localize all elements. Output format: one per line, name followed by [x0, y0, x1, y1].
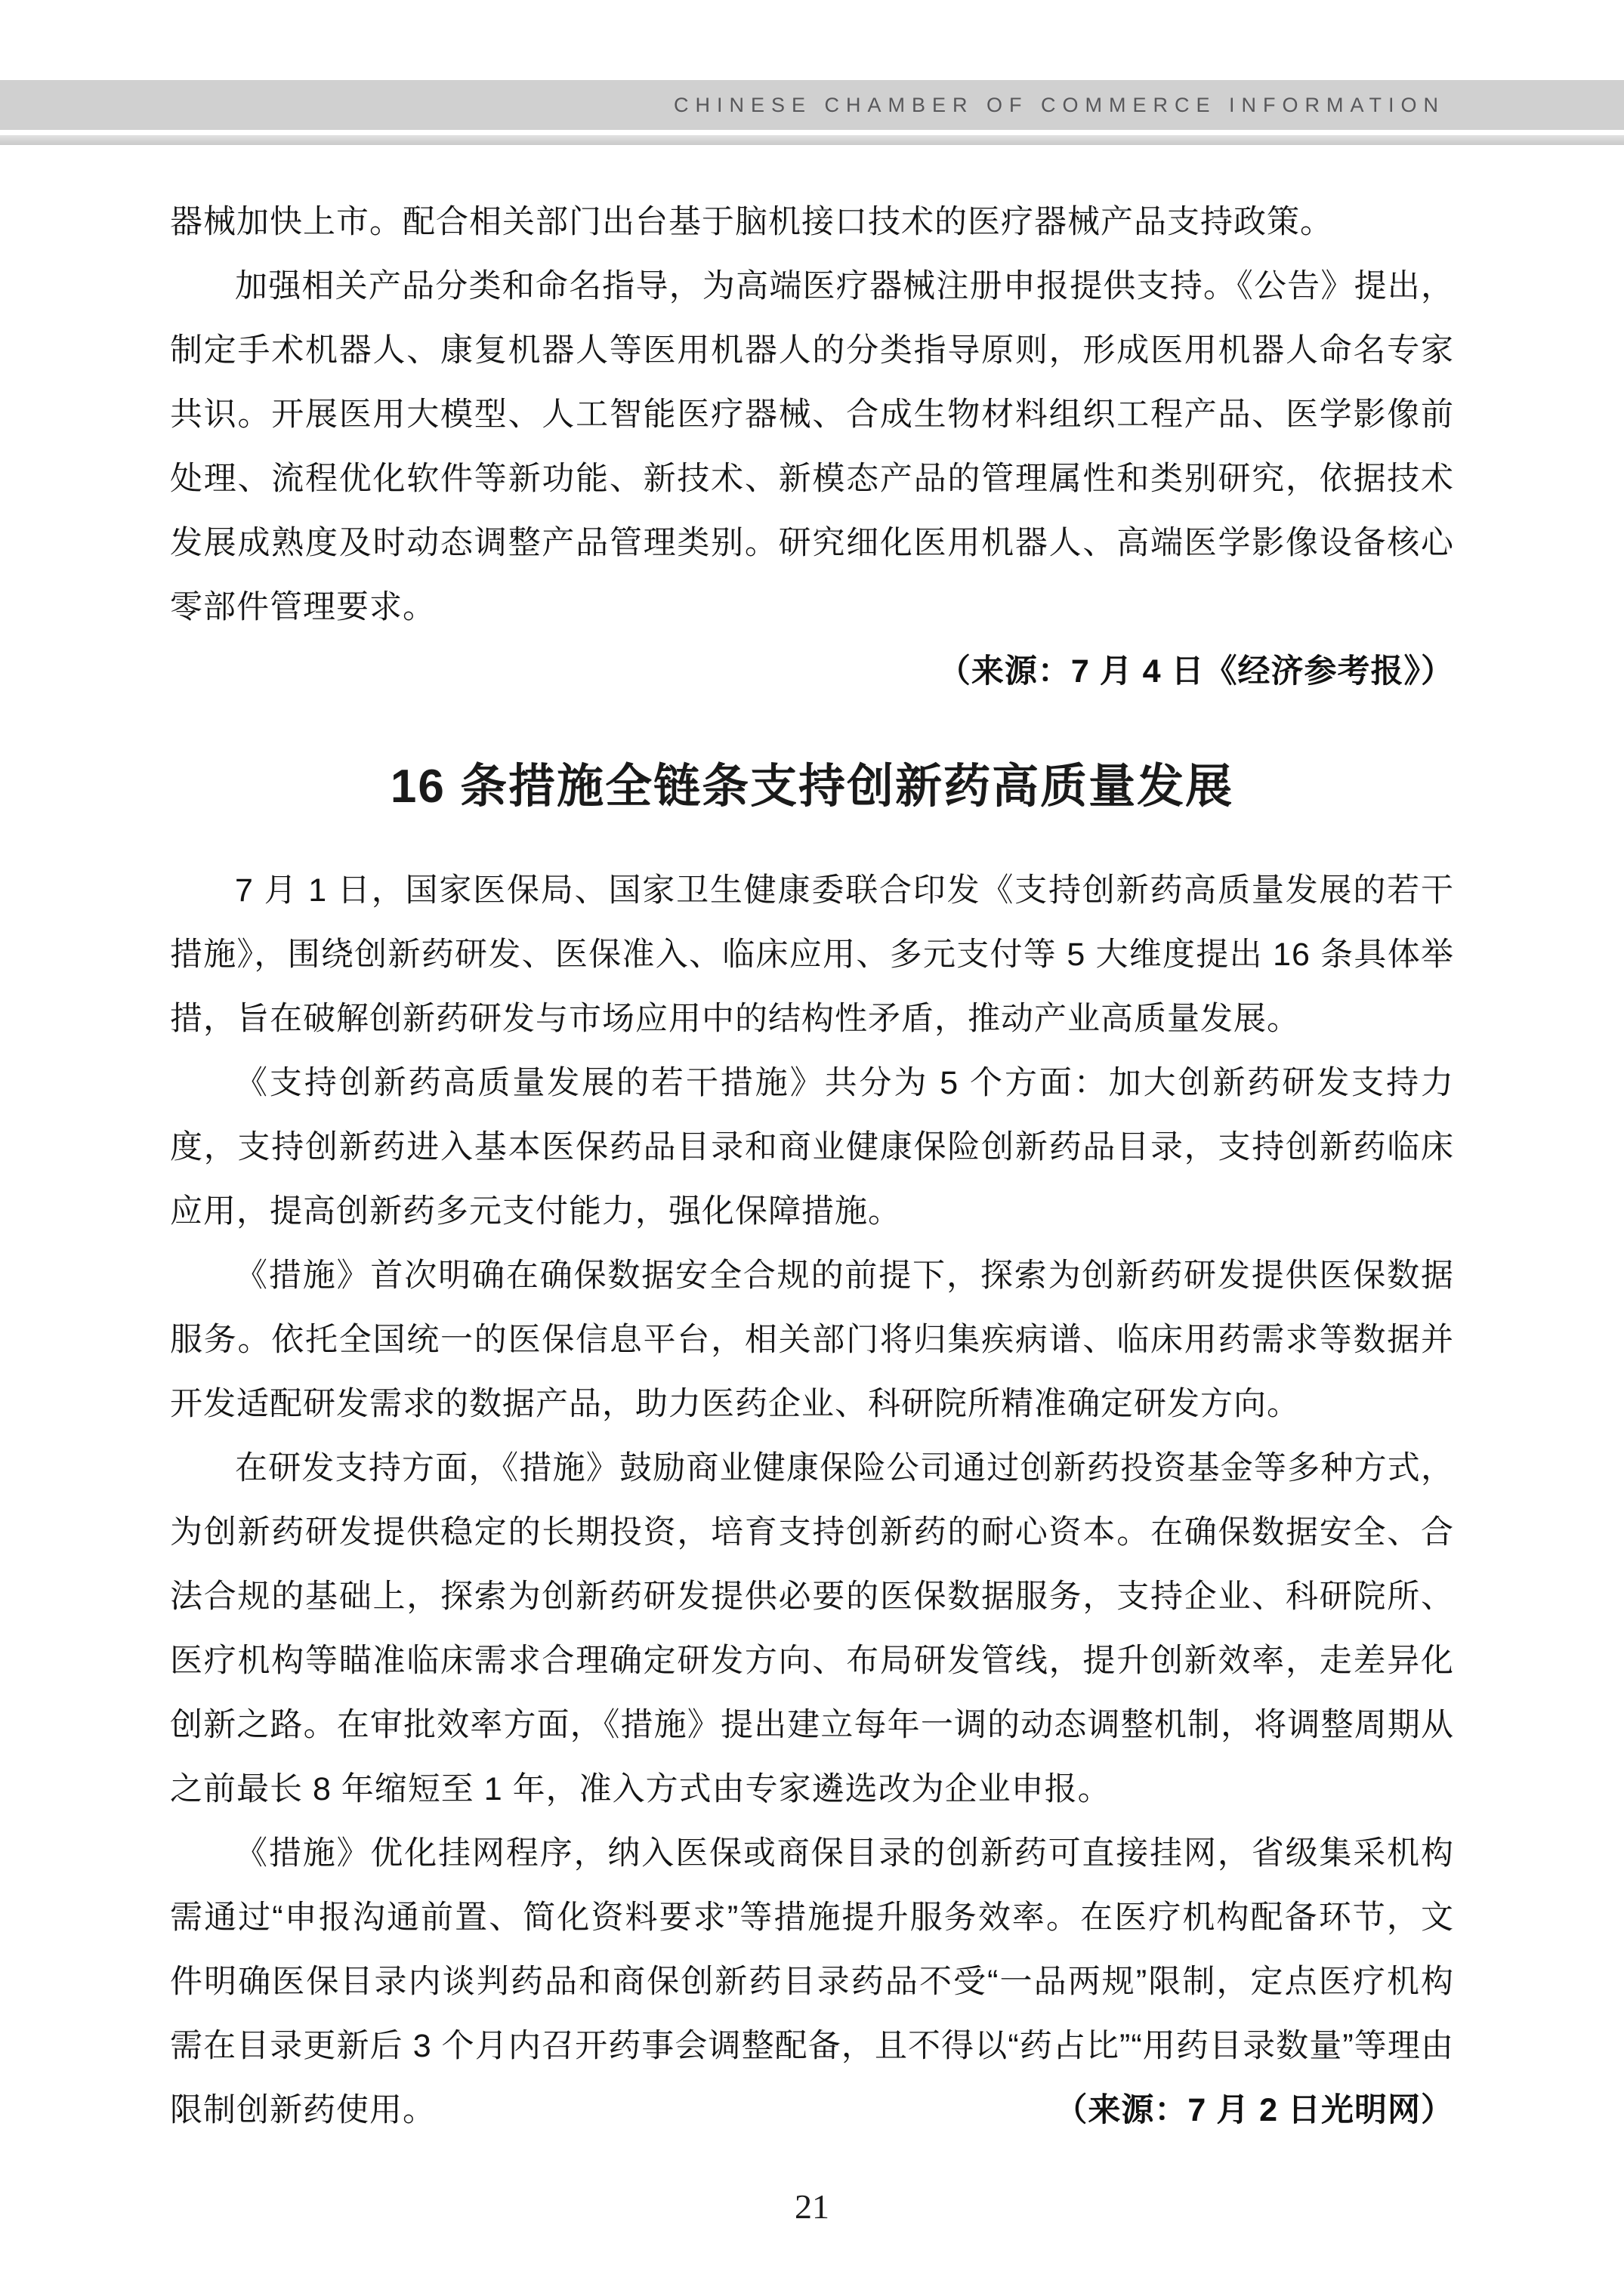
article1-paragraph: 加强相关产品分类和命名指导，为高端医疗器械注册申报提供支持。《公告》提出，制定手…: [170, 255, 1454, 640]
article1-source-citation: （来源：7 月 4 日《经济参考报》）: [170, 640, 1454, 704]
article2-paragraph: 《措施》优化挂网程序，纳入医保或商保目录的创新药可直接挂网，省级集采机构需通过“…: [170, 1822, 1454, 2143]
article2-source-citation: （来源：7 月 2 日光明网）: [990, 2079, 1454, 2143]
page-footer: 21: [0, 2187, 1624, 2227]
page-number: 21: [795, 2187, 829, 2226]
header-banner-text: CHINESE CHAMBER OF COMMERCE INFORMATION: [674, 94, 1445, 117]
article2-paragraph: 7 月 1 日，国家医保局、国家卫生健康委联合印发《支持创新药高质量发展的若干措…: [170, 859, 1454, 1051]
page-header: CHINESE CHAMBER OF COMMERCE INFORMATION: [0, 80, 1624, 145]
header-band: CHINESE CHAMBER OF COMMERCE INFORMATION: [0, 80, 1624, 130]
document-page: CHINESE CHAMBER OF COMMERCE INFORMATION …: [0, 0, 1624, 2293]
article2-paragraph: 《支持创新药高质量发展的若干措施》共分为 5 个方面：加大创新药研发支持力度，支…: [170, 1051, 1454, 1244]
article2-title: 16 条措施全链条支持创新药高质量发展: [170, 757, 1454, 817]
document-body: 器械加快上市。配合相关部门出台基于脑机接口技术的医疗器械产品支持政策。 加强相关…: [0, 145, 1624, 2143]
article1-paragraph-continuation: 器械加快上市。配合相关部门出台基于脑机接口技术的医疗器械产品支持政策。: [170, 190, 1454, 255]
article2-paragraph: 《措施》首次明确在确保数据安全合规的前提下，探索为创新药研发提供医保数据服务。依…: [170, 1244, 1454, 1437]
article2-paragraph: 在研发支持方面，《措施》鼓励商业健康保险公司通过创新药投资基金等多种方式，为创新…: [170, 1437, 1454, 1822]
header-divider: [0, 135, 1624, 145]
